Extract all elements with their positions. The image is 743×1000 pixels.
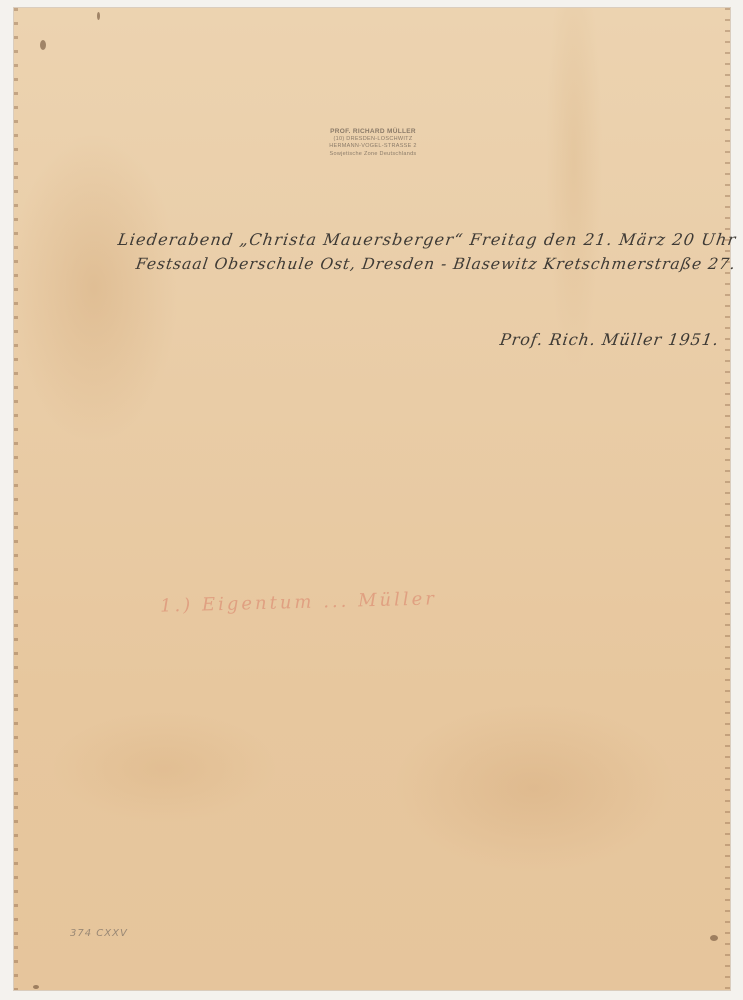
inscription-line-2: Festsaal Oberschule Ost, Dresden - Blase… xyxy=(135,255,737,273)
right-edge-wear xyxy=(725,8,730,990)
stamp-zone: Sowjetische Zone Deutschlands xyxy=(318,151,428,159)
damage-spot xyxy=(33,985,39,989)
inventory-mark: 374 CXXV xyxy=(70,928,128,939)
stamp-city: (10) DRESDEN-LOSCHWITZ xyxy=(318,136,428,144)
damage-spot xyxy=(40,40,46,50)
inscription-line-1: Liederabend „Christa Mauersberger“ Freit… xyxy=(117,230,738,249)
signature: Prof. Rich. Müller 1951. xyxy=(499,330,721,349)
left-edge-wear xyxy=(14,8,18,990)
damage-spot xyxy=(97,12,100,20)
owner-stamp: PROF. RICHARD MÜLLER (10) DRESDEN-LOSCHW… xyxy=(318,128,428,158)
damage-spot xyxy=(710,935,718,941)
stamp-name: PROF. RICHARD MÜLLER xyxy=(318,128,428,136)
stamp-street: HERMANN-VOGEL-STRASSE 2 xyxy=(318,143,428,151)
